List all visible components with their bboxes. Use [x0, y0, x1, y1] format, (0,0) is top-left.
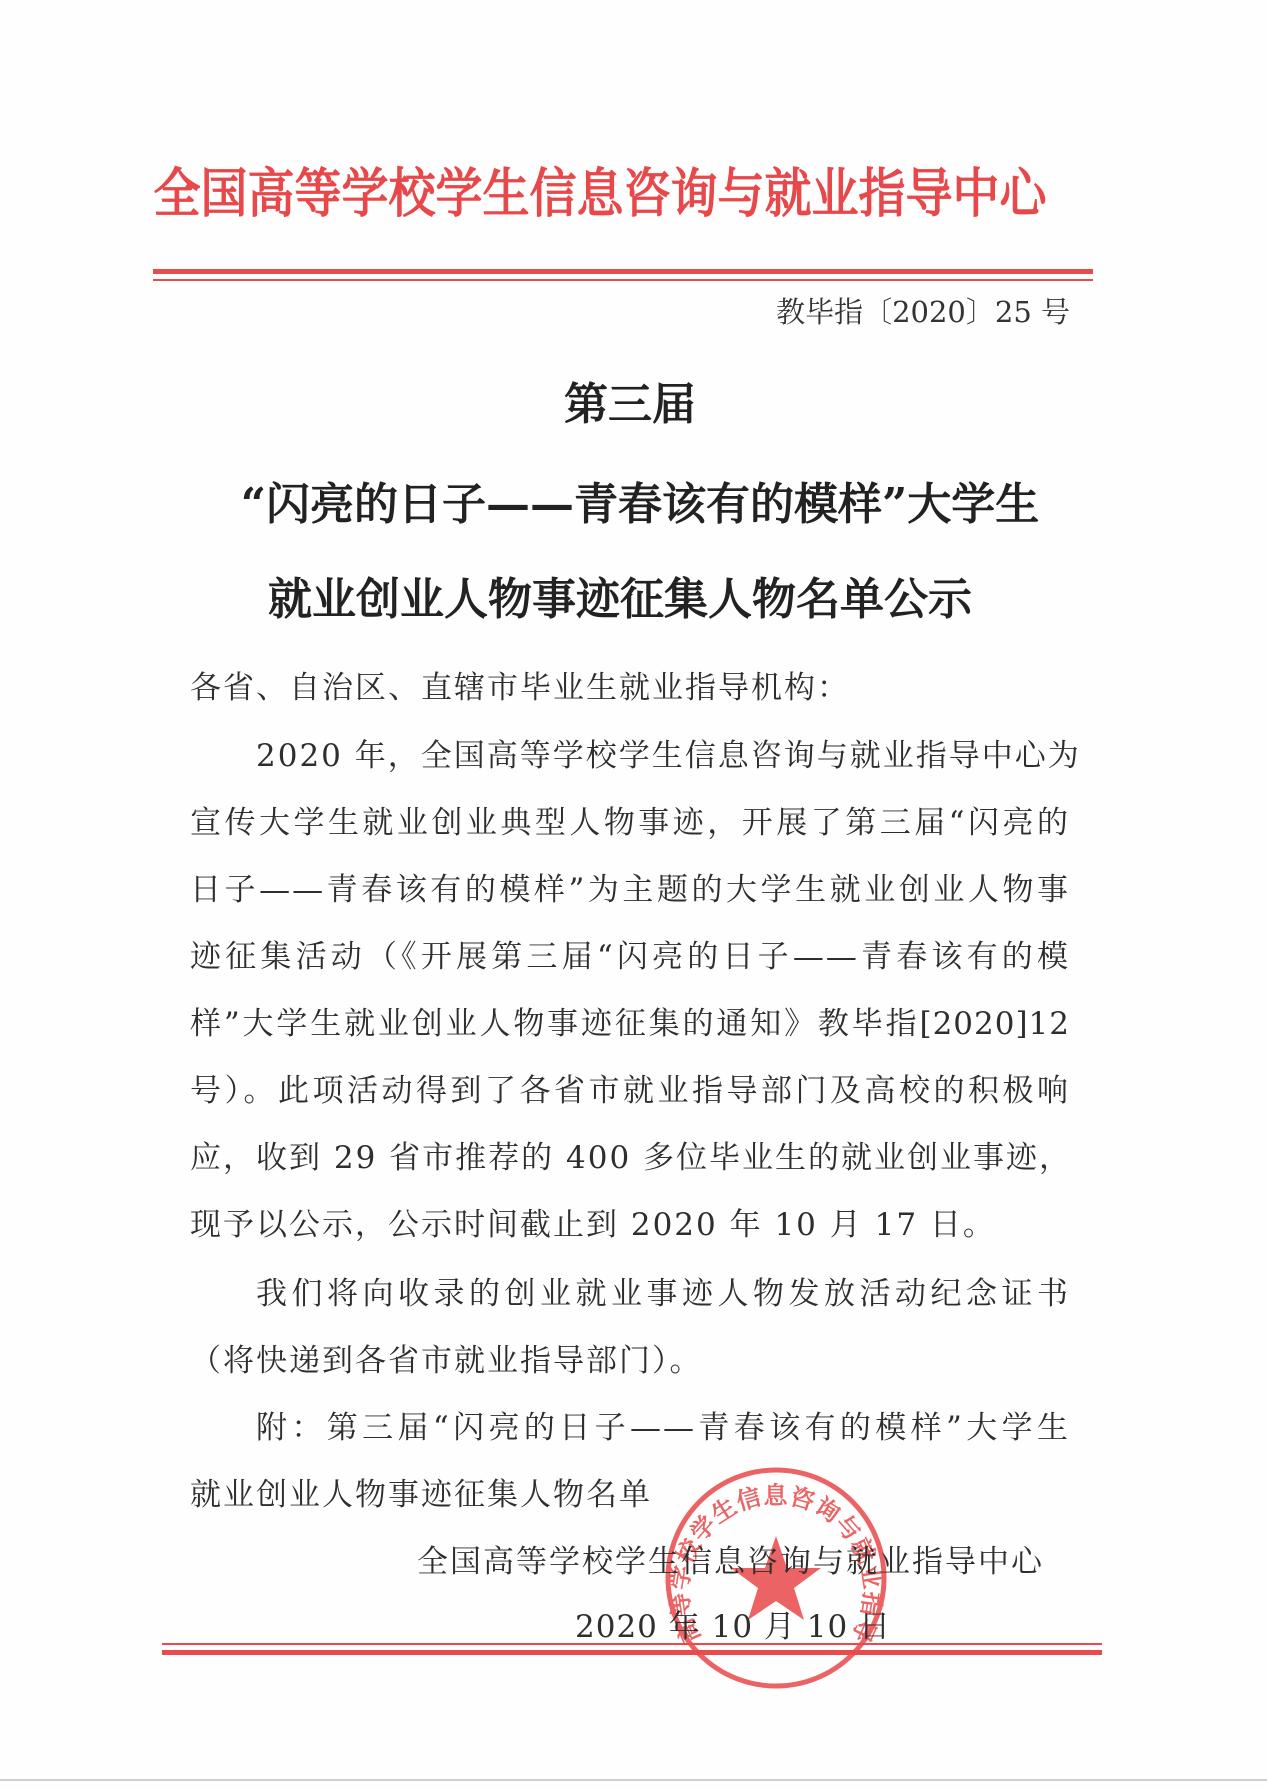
paragraph-1-line: 现予以公示，公示时间截止到 2020 年 10 月 17 日。	[190, 1199, 1070, 1244]
top-rule-thick	[153, 269, 1093, 274]
signature-date: 2020 年 10 月 10 日	[575, 1601, 891, 1646]
top-rule-thin	[153, 279, 1093, 281]
title-line-2: “闪亮的日子——青春该有的模样”大学生	[160, 468, 1120, 532]
salutation: 各省、自治区、直辖市毕业生就业指导机构：	[190, 662, 1070, 707]
bottom-rule-thin	[162, 1643, 1102, 1645]
paragraph-2-line: （将快递到各省市就业指导部门）。	[190, 1335, 1070, 1380]
title-line-1: 第三届	[150, 368, 1110, 432]
paragraph-1-line: 迹征集活动（《开展第三届“闪亮的日子——青春该有的模	[190, 931, 1070, 976]
paragraph-1-line: 2020 年，全国高等学校学生信息咨询与就业指导中心为	[256, 730, 1070, 775]
attachment-line[interactable]: 就业创业人物事迹征集人物名单	[190, 1469, 1070, 1514]
paragraph-1-line: 号）。此项活动得到了各省市就业指导部门及高校的积极响	[190, 1065, 1070, 1110]
attachment-line[interactable]: 附：第三届“闪亮的日子——青春该有的模样”大学生	[256, 1402, 1070, 1447]
masthead-org-name: 全国高等学校学生信息咨询与就业指导中心	[150, 152, 1050, 227]
paragraph-2-line: 我们将向收录的创业就业事迹人物发放活动纪念证书	[256, 1268, 1070, 1313]
paragraph-1-line: 日子——青春该有的模样”为主题的大学生就业创业人物事	[190, 864, 1070, 909]
bottom-rule-thick	[162, 1650, 1102, 1655]
paragraph-1-line: 应，收到 29 省市推荐的 400 多位毕业生的就业创业事迹，	[190, 1132, 1070, 1177]
page-edge-line	[0, 1779, 1267, 1781]
document-number: 教毕指〔2020〕25 号	[740, 290, 1070, 331]
title-line-3: 就业创业人物事迹征集人物名单公示	[140, 563, 1100, 627]
signature-org: 全国高等学校学生信息咨询与就业指导中心	[417, 1536, 1044, 1581]
paragraph-1-line: 样”大学生就业创业人物事迹征集的通知》教毕指[2020]12	[190, 998, 1070, 1043]
paragraph-1-line: 宣传大学生就业创业典型人物事迹，开展了第三届“闪亮的	[190, 797, 1070, 842]
